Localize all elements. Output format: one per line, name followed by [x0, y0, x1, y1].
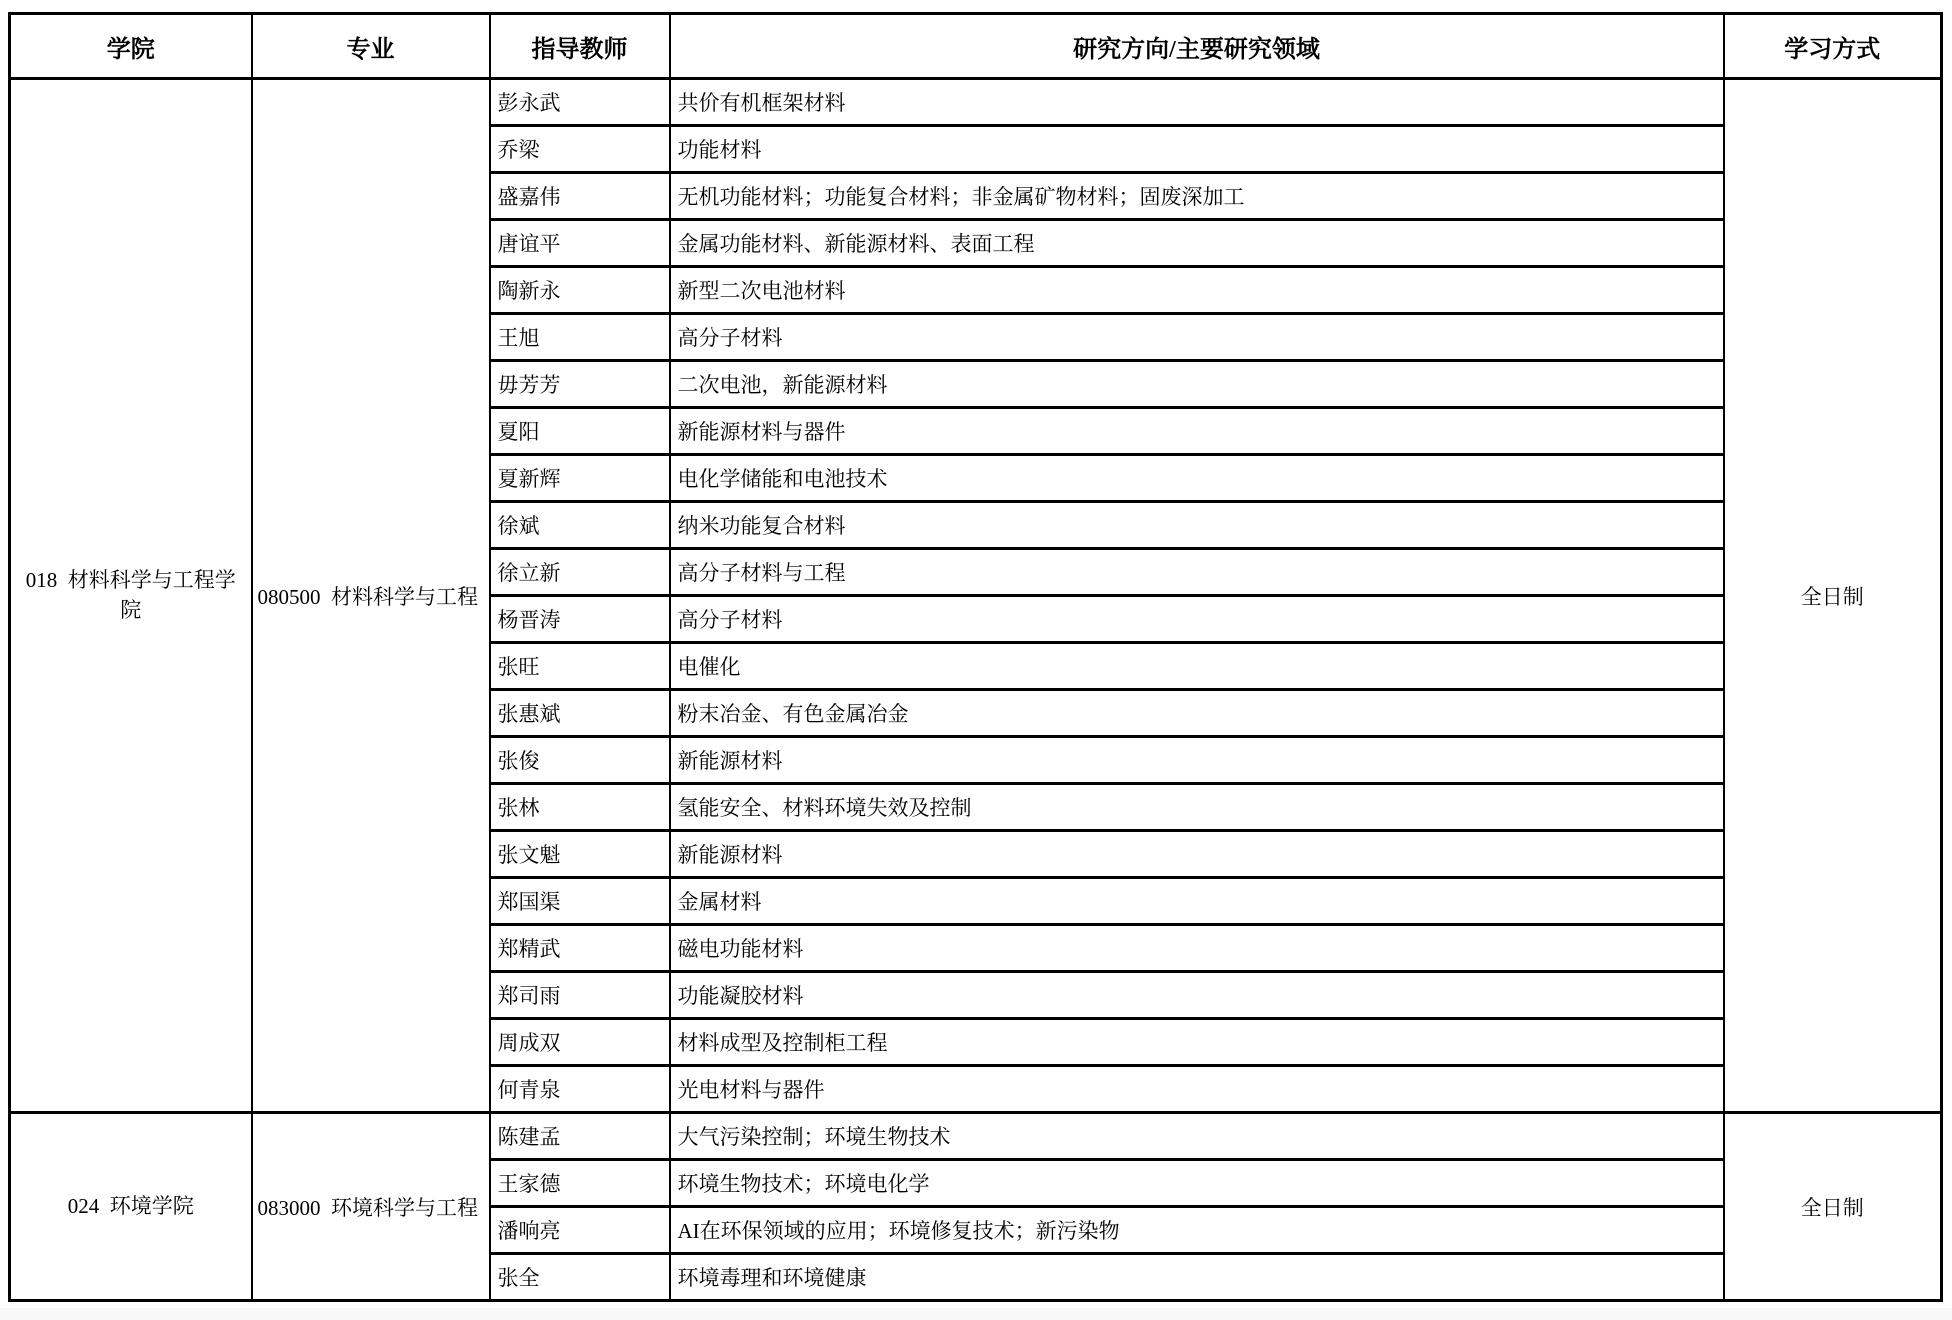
research-field-cell: 磁电功能材料	[670, 925, 1724, 972]
advisor-name-cell: 王旭	[490, 314, 670, 361]
major-cell: 080500 材料科学与工程	[252, 79, 490, 1113]
research-field-cell: 新能源材料	[670, 831, 1724, 878]
research-field-cell: 粉末冶金、有色金属冶金	[670, 690, 1724, 737]
table-header: 学院 专业 指导教师 研究方向/主要研究领域 学习方式	[10, 14, 1942, 79]
advisor-name-cell: 周成双	[490, 1019, 670, 1066]
research-field-cell: 高分子材料与工程	[670, 549, 1724, 596]
research-field-cell: 光电材料与器件	[670, 1066, 1724, 1113]
college-cell: 018 材料科学与工程学院	[10, 79, 252, 1113]
college-cell: 024 环境学院	[10, 1113, 252, 1301]
table-row: 024 环境学院083000 环境科学与工程陈建孟大气污染控制；环境生物技术全日…	[10, 1113, 1942, 1160]
research-field-cell: 功能凝胶材料	[670, 972, 1724, 1019]
advisor-roster-table: 学院 专业 指导教师 研究方向/主要研究领域 学习方式 018 材料科学与工程学…	[8, 12, 1943, 1302]
header-row: 学院 专业 指导教师 研究方向/主要研究领域 学习方式	[10, 14, 1942, 79]
advisor-name-cell: 乔梁	[490, 126, 670, 173]
advisor-name-cell: 杨晋涛	[490, 596, 670, 643]
study-mode-cell: 全日制	[1724, 1113, 1942, 1301]
advisor-name-cell: 张文魁	[490, 831, 670, 878]
research-field-cell: 新能源材料	[670, 737, 1724, 784]
advisor-name-cell: 潘响亮	[490, 1207, 670, 1254]
document-page: { "page": { "background": "#ffffff", "bo…	[0, 0, 1952, 1320]
research-field-cell: 功能材料	[670, 126, 1724, 173]
study-mode-cell: 全日制	[1724, 79, 1942, 1113]
research-field-cell: 大气污染控制；环境生物技术	[670, 1113, 1724, 1160]
header-advisor: 指导教师	[490, 14, 670, 79]
advisor-name-cell: 王家德	[490, 1160, 670, 1207]
header-study-mode: 学习方式	[1724, 14, 1942, 79]
advisor-name-cell: 毋芳芳	[490, 361, 670, 408]
research-field-cell: 无机功能材料；功能复合材料；非金属矿物材料；固废深加工	[670, 173, 1724, 220]
major-cell: 083000 环境科学与工程	[252, 1113, 490, 1301]
research-field-cell: 高分子材料	[670, 596, 1724, 643]
advisor-name-cell: 郑司雨	[490, 972, 670, 1019]
page-bottom-margin	[0, 1308, 1952, 1320]
research-field-cell: 电化学储能和电池技术	[670, 455, 1724, 502]
research-field-cell: 环境生物技术；环境电化学	[670, 1160, 1724, 1207]
research-field-cell: 二次电池，新能源材料	[670, 361, 1724, 408]
research-field-cell: 氢能安全、材料环境失效及控制	[670, 784, 1724, 831]
table-body: 018 材料科学与工程学院080500 材料科学与工程彭永武共价有机框架材料全日…	[10, 79, 1942, 1301]
research-field-cell: 共价有机框架材料	[670, 79, 1724, 126]
header-research: 研究方向/主要研究领域	[670, 14, 1724, 79]
research-field-cell: 材料成型及控制柜工程	[670, 1019, 1724, 1066]
research-field-cell: 高分子材料	[670, 314, 1724, 361]
advisor-name-cell: 何青泉	[490, 1066, 670, 1113]
advisor-name-cell: 夏新辉	[490, 455, 670, 502]
advisor-name-cell: 唐谊平	[490, 220, 670, 267]
advisor-name-cell: 张旺	[490, 643, 670, 690]
advisor-name-cell: 彭永武	[490, 79, 670, 126]
research-field-cell: 电催化	[670, 643, 1724, 690]
advisor-name-cell: 郑国渠	[490, 878, 670, 925]
advisor-name-cell: 张林	[490, 784, 670, 831]
research-field-cell: 新能源材料与器件	[670, 408, 1724, 455]
advisor-name-cell: 陶新永	[490, 267, 670, 314]
research-field-cell: AI在环保领域的应用；环境修复技术；新污染物	[670, 1207, 1724, 1254]
research-field-cell: 金属材料	[670, 878, 1724, 925]
research-field-cell: 环境毒理和环境健康	[670, 1254, 1724, 1301]
advisor-name-cell: 徐立新	[490, 549, 670, 596]
advisor-name-cell: 张惠斌	[490, 690, 670, 737]
research-field-cell: 新型二次电池材料	[670, 267, 1724, 314]
advisor-name-cell: 陈建孟	[490, 1113, 670, 1160]
advisor-name-cell: 张全	[490, 1254, 670, 1301]
advisor-name-cell: 盛嘉伟	[490, 173, 670, 220]
table-row: 018 材料科学与工程学院080500 材料科学与工程彭永武共价有机框架材料全日…	[10, 79, 1942, 126]
header-college: 学院	[10, 14, 252, 79]
header-major: 专业	[252, 14, 490, 79]
advisor-name-cell: 张俊	[490, 737, 670, 784]
advisor-table-sheet: 学院 专业 指导教师 研究方向/主要研究领域 学习方式 018 材料科学与工程学…	[8, 12, 1943, 1302]
advisor-name-cell: 郑精武	[490, 925, 670, 972]
advisor-name-cell: 夏阳	[490, 408, 670, 455]
research-field-cell: 纳米功能复合材料	[670, 502, 1724, 549]
advisor-name-cell: 徐斌	[490, 502, 670, 549]
research-field-cell: 金属功能材料、新能源材料、表面工程	[670, 220, 1724, 267]
